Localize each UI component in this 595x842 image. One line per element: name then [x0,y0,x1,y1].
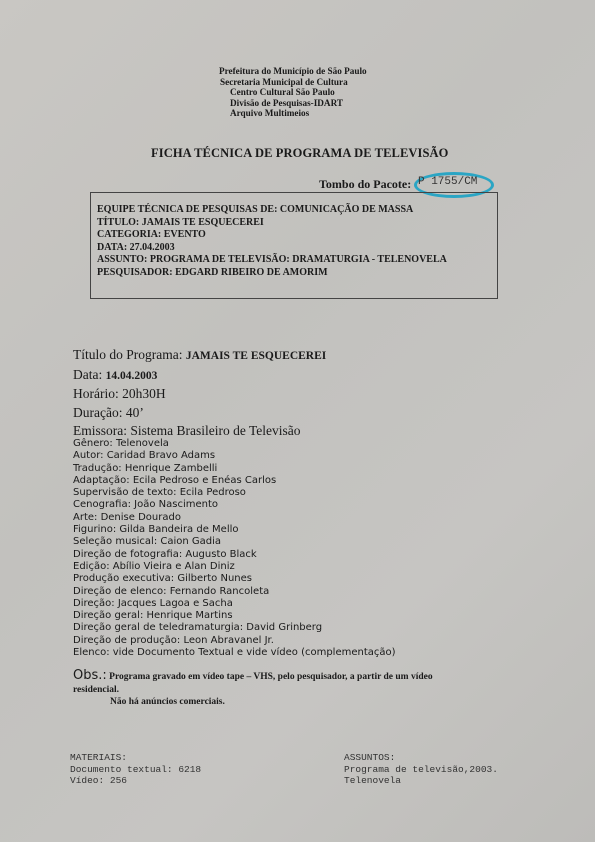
program-title-value: JAMAIS TE ESQUECEREI [186,350,326,362]
org-line: Centro Cultural São Paulo [230,87,367,98]
credit-line: Direção: Jacques Lagoa e Sacha [73,598,396,610]
subjects-item: Programa de televisão,2003. [344,764,498,776]
credit-line: Tradução: Henrique Zambelli [73,463,396,475]
program-broadcaster-label: Emissora: [73,423,127,438]
credit-line: Direção geral de teledramaturgia: David … [73,622,396,634]
credit-line: Arte: Denise Dourado [73,512,396,524]
observations: Obs.: Programa gravado em vídeo tape – V… [73,670,433,709]
materials-section: MATERIAIS: Documento textual: 6218 Vídeo… [70,752,201,787]
obs-line-1: Programa gravado em vídeo tape – VHS, pe… [109,672,432,682]
org-line: Secretaria Municipal de Cultura [220,77,367,88]
program-title-row: Título do Programa: JAMAIS TE ESQUECEREI [73,346,326,366]
program-date-label: Data: [73,367,102,382]
credit-line: Elenco: vide Documento Textual e vide ví… [73,647,396,659]
credit-line: Direção de produção: Leon Abravanel Jr. [73,635,396,647]
materials-heading: MATERIAIS: [70,752,201,764]
program-time-row: Horário: 20h30H [73,385,326,404]
program-time-label: Horário: [73,386,119,401]
obs-line-2: residencial. [73,684,433,697]
subjects-heading: ASSUNTOS: [344,752,498,764]
credit-line: Autor: Caridad Bravo Adams [73,450,396,462]
program-duration-label: Duração: [73,405,122,420]
program-duration-row: Duração: 40’ [73,404,326,423]
info-category: CATEGORIA: EVENTO [97,229,447,242]
credit-line: Produção executiva: Gilberto Nunes [73,573,396,585]
program-details: Título do Programa: JAMAIS TE ESQUECEREI… [73,346,326,441]
materials-item: Documento textual: 6218 [70,764,201,776]
org-line: Prefeitura do Município de São Paulo [219,66,367,77]
info-date: DATA: 27.04.2003 [97,242,447,255]
org-line: Divisão de Pesquisas-IDART [230,98,367,109]
credit-line: Figurino: Gilda Bandeira de Mello [73,524,396,536]
credits-list: Gênero: Telenovela Autor: Caridad Bravo … [73,438,396,659]
tombo-value: P 1755/CM [418,176,477,188]
credit-line: Direção de fotografia: Augusto Black [73,549,396,561]
document-title: FICHA TÉCNICA DE PROGRAMA DE TELEVISÃO [151,146,449,161]
credit-line: Supervisão de texto: Ecila Pedroso [73,487,396,499]
org-line: Arquivo Multimeios [230,108,367,119]
tombo-label: Tombo do Pacote: [319,177,411,192]
program-broadcaster-value: Sistema Brasileiro de Televisão [130,423,300,438]
materials-item: Vídeo: 256 [70,775,201,787]
info-subject: ASSUNTO: PROGRAMA DE TELEVISÃO: DRAMATUR… [97,254,447,267]
info-title: TÍTULO: JAMAIS TE ESQUECEREI [97,217,447,230]
credit-line: Gênero: Telenovela [73,438,396,450]
organization-header: Prefeitura do Município de São Paulo Sec… [219,66,367,119]
obs-label: Obs.: [73,668,107,683]
credit-line: Adaptação: Ecila Pedroso e Enéas Carlos [73,475,396,487]
credit-line: Direção de elenco: Fernando Rancoleta [73,586,396,598]
credit-line: Direção geral: Henrique Martins [73,610,396,622]
credit-line: Cenografia: João Nascimento [73,499,396,511]
info-researcher: PESQUISADOR: EDGARD RIBEIRO DE AMORIM [97,267,447,280]
program-date-value: 14.04.2003 [106,370,158,382]
subjects-item: Telenovela [344,775,498,787]
program-time-value: 20h30H [122,386,166,401]
research-info-box: EQUIPE TÉCNICA DE PESQUISAS DE: COMUNICA… [90,192,498,299]
program-title-label: Título do Programa: [73,347,182,362]
credit-line: Edição: Abílio Vieira e Alan Diniz [73,561,396,573]
program-date-row: Data: 14.04.2003 [73,366,326,386]
subjects-section: ASSUNTOS: Programa de televisão,2003. Te… [344,752,498,787]
program-duration-value: 40’ [126,405,144,420]
obs-line-3: Não há anúncios comerciais. [110,696,433,709]
info-team: EQUIPE TÉCNICA DE PESQUISAS DE: COMUNICA… [97,204,447,217]
credit-line: Seleção musical: Caion Gadia [73,536,396,548]
